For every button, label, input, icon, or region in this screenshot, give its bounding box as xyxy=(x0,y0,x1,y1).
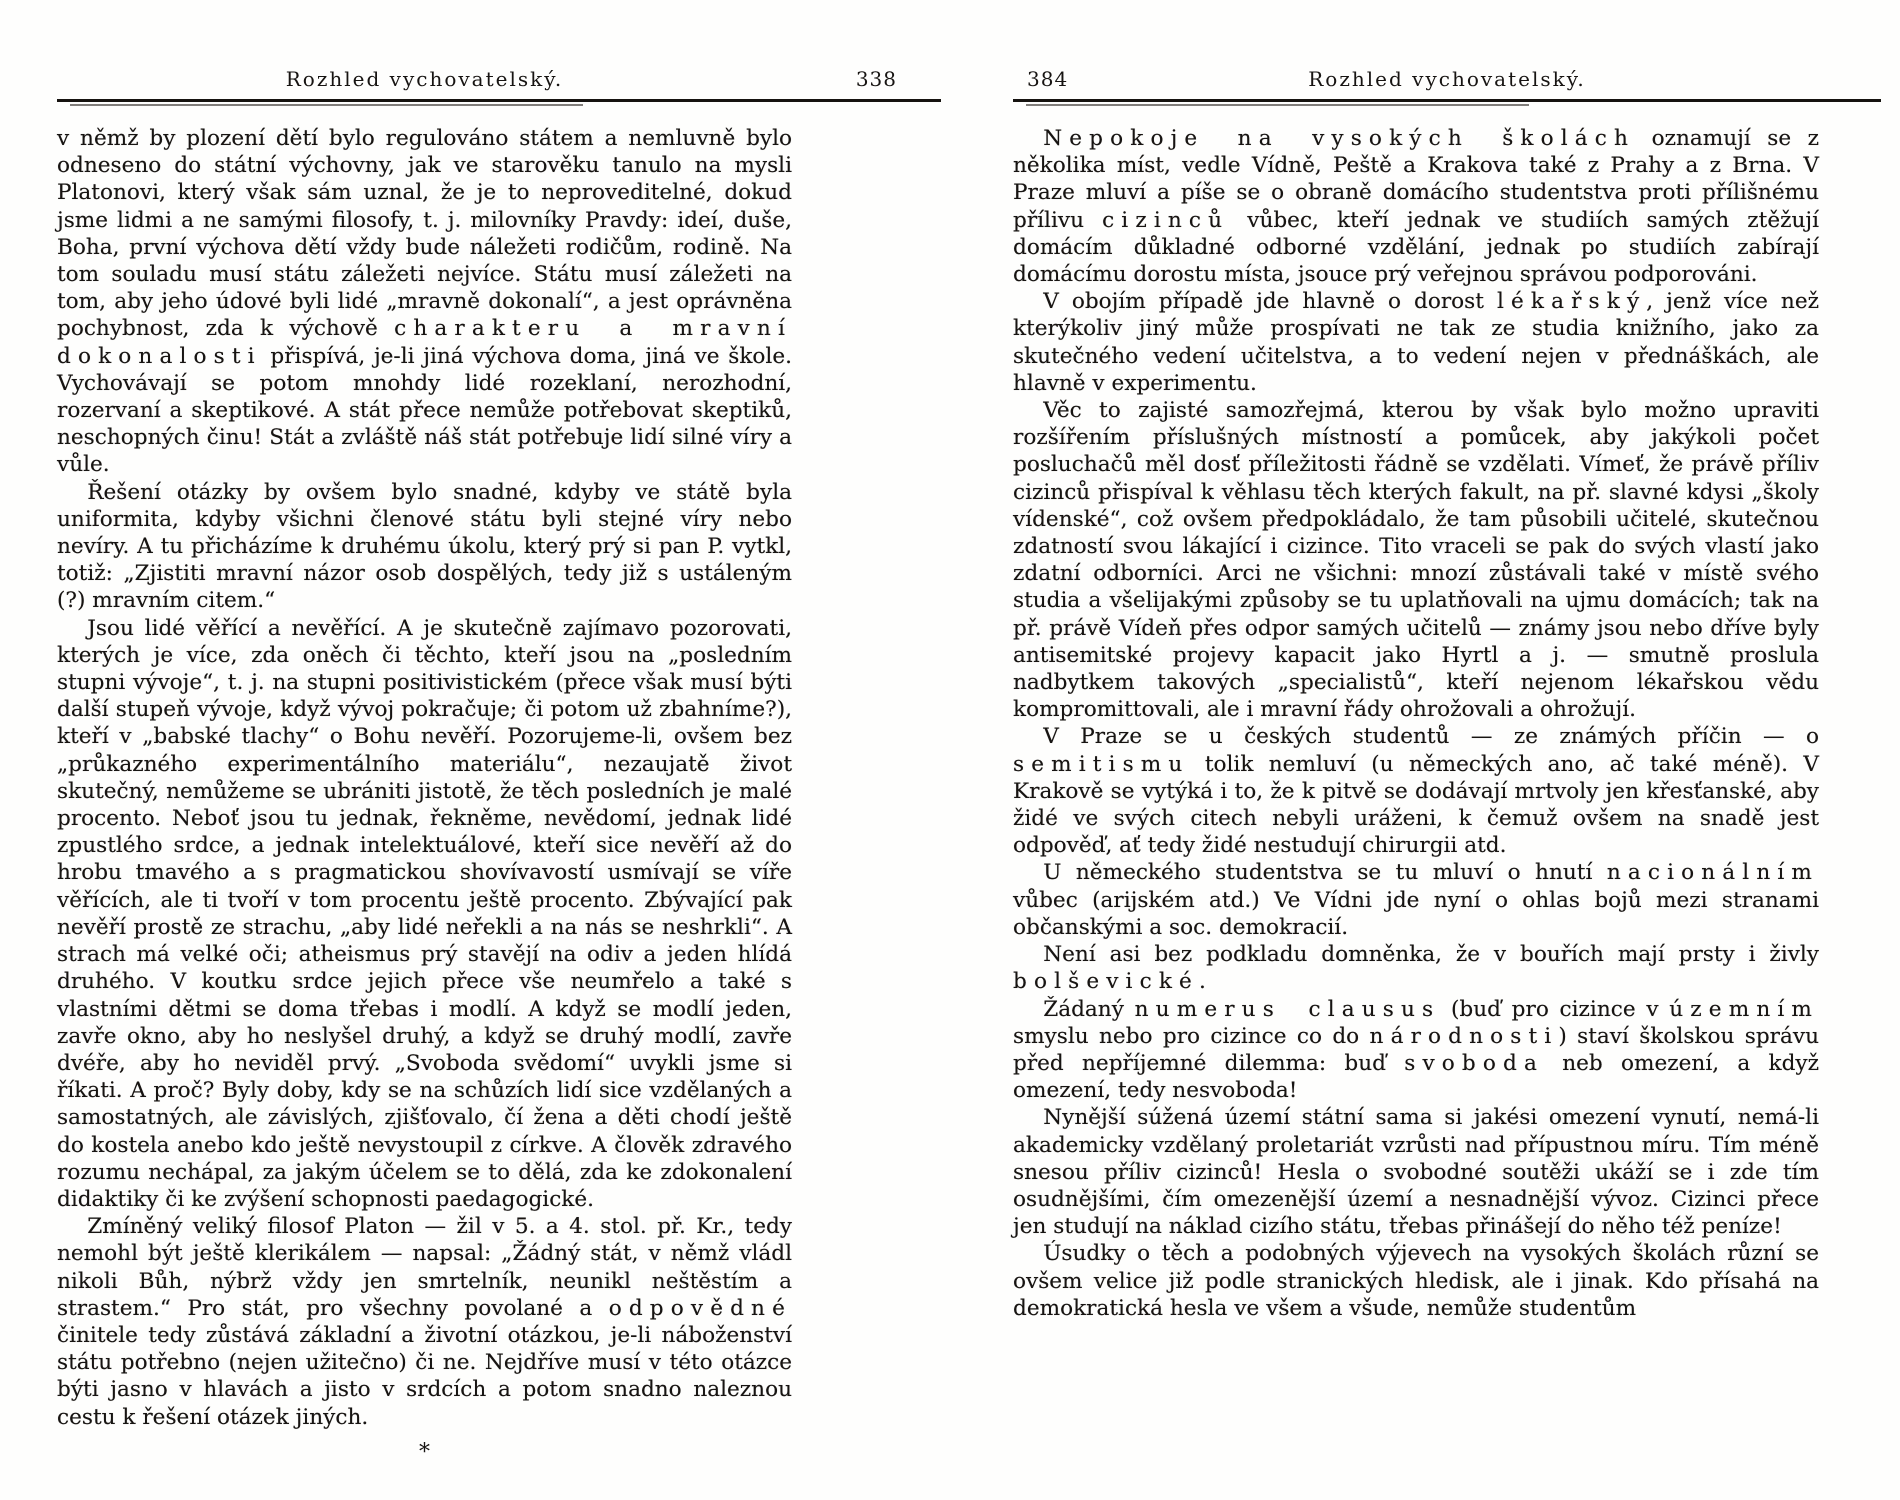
paragraph: V obojím případě jde hlavně o dorost lék… xyxy=(1013,288,1819,397)
text-run: Úsudky o těch a podobných výjevech na vy… xyxy=(1013,1241,1819,1320)
left-page: Rozhled vychovatelský. 338 v němž by plo… xyxy=(57,66,941,1465)
paragraph: Není asi bez podkladu domněnka, že v bou… xyxy=(1013,941,1819,995)
letterspaced-emphasis: cizinců xyxy=(1102,208,1229,233)
letterspaced-emphasis: národnosti xyxy=(1370,1024,1559,1049)
text-run: V Praze se u českých studentů — ze známý… xyxy=(1043,724,1819,749)
text-run: Jsou lidé věřící a nevěřící. A je skuteč… xyxy=(57,616,792,1212)
letterspaced-emphasis: územním xyxy=(1669,997,1819,1022)
letterspaced-emphasis: svoboda xyxy=(1404,1051,1544,1076)
left-page-header: Rozhled vychovatelský. 338 xyxy=(57,66,941,96)
text-run: . xyxy=(1199,969,1206,994)
letterspaced-emphasis: bolševické xyxy=(1013,969,1199,994)
running-title: Rozhled vychovatelský. xyxy=(57,66,792,92)
text-run: Není asi bez podkladu domněnka, že v bou… xyxy=(1043,942,1819,967)
letterspaced-emphasis: semitismu xyxy=(1013,752,1189,777)
paragraph: Nepokoje na vysokých školách oznamují se… xyxy=(1013,125,1819,288)
text-run: vůbec (arijském atd.) Ve Vídni jde nyní … xyxy=(1013,888,1819,940)
text-run: Řešení otázky by ovšem bylo snadné, kdyb… xyxy=(57,480,792,614)
page-body: Nepokoje na vysokých školách oznamují se… xyxy=(1013,125,1819,1322)
text-run: Nynější súžená území státní sama si jaké… xyxy=(1013,1105,1819,1239)
letterspaced-emphasis: numerus clausus xyxy=(1135,997,1441,1022)
page-number-left: 338 xyxy=(856,66,897,92)
page-number-right: 384 xyxy=(1027,66,1068,92)
running-title: Rozhled vychovatelský. xyxy=(1013,66,1881,92)
text-run: smyslu nebo pro cizince co do xyxy=(1013,1024,1370,1049)
paragraph: Jsou lidé věřící a nevěřící. A je skuteč… xyxy=(57,615,792,1213)
text-run: Věc to zajisté samozřejmá, kterou by vša… xyxy=(1013,398,1819,722)
paragraph: Věc to zajisté samozřejmá, kterou by vša… xyxy=(1013,397,1819,723)
letterspaced-emphasis: odpovědné xyxy=(609,1296,792,1321)
text-run: V obojím případě jde hlavně o dorost xyxy=(1043,289,1497,314)
book-scan-spread: Rozhled vychovatelský. 338 v němž by plo… xyxy=(0,0,1900,1500)
paragraph: Žádaný numerus clausus (buď pro cizince … xyxy=(1013,996,1819,1105)
section-divider-asterisk: * xyxy=(57,1440,792,1465)
letterspaced-emphasis: nacionálním xyxy=(1607,860,1819,885)
paragraph: Nynější súžená území státní sama si jaké… xyxy=(1013,1104,1819,1240)
header-rule xyxy=(57,99,941,102)
text-run: Žádaný xyxy=(1043,997,1134,1022)
header-rule xyxy=(1013,99,1881,102)
paragraph: V Praze se u českých studentů — ze známý… xyxy=(1013,723,1819,859)
paragraph: v němž by plození dětí bylo regulováno s… xyxy=(57,125,792,479)
paragraph: Řešení otázky by ovšem bylo snadné, kdyb… xyxy=(57,479,792,615)
page-body: v němž by plození dětí bylo regulováno s… xyxy=(57,125,792,1431)
text-run: (buď pro cizince v xyxy=(1440,997,1669,1022)
right-page-header: Rozhled vychovatelský. 384 xyxy=(1013,66,1881,96)
paragraph: Zmíněný veliký filosof Platon — žil v 5.… xyxy=(57,1213,792,1431)
text-run: v němž by plození dětí bylo regulováno s… xyxy=(57,126,792,341)
letterspaced-emphasis: Nepokoje na vysokých školách xyxy=(1043,126,1635,151)
letterspaced-emphasis: lékařský xyxy=(1497,289,1646,314)
text-run: U německého studentstva se tu mluví o hn… xyxy=(1043,860,1607,885)
text-run: činitele tedy zůstává základní a životní… xyxy=(57,1323,792,1430)
right-page: Rozhled vychovatelský. 384 Nepokoje na v… xyxy=(1013,66,1881,1322)
paragraph: U německého studentstva se tu mluví o hn… xyxy=(1013,859,1819,941)
paragraph: Úsudky o těch a podobných výjevech na vy… xyxy=(1013,1240,1819,1322)
